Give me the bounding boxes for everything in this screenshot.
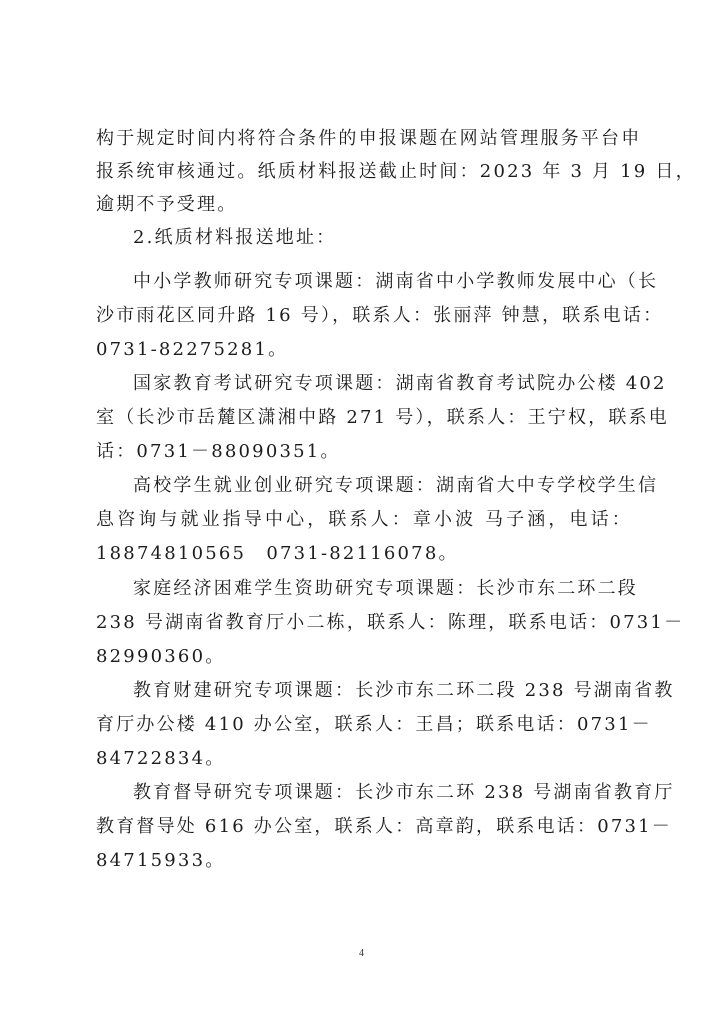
text-line: 息咨询与就业指导中心，联系人：章小波 马子涵，电话： xyxy=(96,509,632,531)
text-line: 构于规定时间内将符合条件的申报课题在网站管理服务平台申 xyxy=(96,128,632,150)
text-line: 逾期不予受理。 xyxy=(96,194,632,216)
text-line: 教育财建研究专项课题：长沙市东二环二段 238 号湖南省教 xyxy=(133,680,632,702)
page-number: 4 xyxy=(0,948,723,959)
text-line: 国家教育考试研究专项课题：湖南省教育考试院办公楼 402 xyxy=(133,373,632,395)
document-page: 构于规定时间内将符合条件的申报课题在网站管理服务平台申 报系统审核通过。纸质材料… xyxy=(0,0,723,1023)
text-line: 教育督导研究专项课题：长沙市东二环 238 号湖南省教育厅 xyxy=(133,782,632,804)
text-line: 报系统审核通过。纸质材料报送截止时间：2023 年 3 月 19 日， xyxy=(96,161,632,183)
text-line: 家庭经济困难学生资助研究专项课题：长沙市东二环二段 xyxy=(133,578,632,600)
text-line: 0731-82275281。 xyxy=(96,339,632,361)
text-line: 室（长沙市岳麓区潇湘中路 271 号），联系人：王宁权，联系电 xyxy=(96,407,632,429)
text-line: 育厅办公楼 410 办公室，联系人：王昌；联系电话：0731－ xyxy=(96,714,632,736)
text-line: 教育督导处 616 办公室，联系人：高章韵，联系电话：0731－ xyxy=(96,816,632,838)
text-line: 18874810565 0731-82116078。 xyxy=(96,543,632,565)
text-line: 82990360。 xyxy=(96,646,632,668)
section-heading: 2.纸质材料报送地址： xyxy=(133,227,632,249)
text-line: 话：0731－88090351。 xyxy=(96,441,632,463)
text-line: 高校学生就业创业研究专项课题：湖南省大中专学校学生信 xyxy=(133,475,632,497)
text-line: 中小学教师研究专项课题：湖南省中小学教师发展中心（长 xyxy=(133,271,632,293)
text-line: 84722834。 xyxy=(96,748,632,770)
text-line: 沙市雨花区同升路 16 号），联系人：张丽萍 钟慧，联系电话： xyxy=(96,305,632,327)
text-line: 84715933。 xyxy=(96,850,632,872)
text-line: 238 号湖南省教育厅小二栋，联系人：陈理，联系电话：0731－ xyxy=(96,612,632,634)
